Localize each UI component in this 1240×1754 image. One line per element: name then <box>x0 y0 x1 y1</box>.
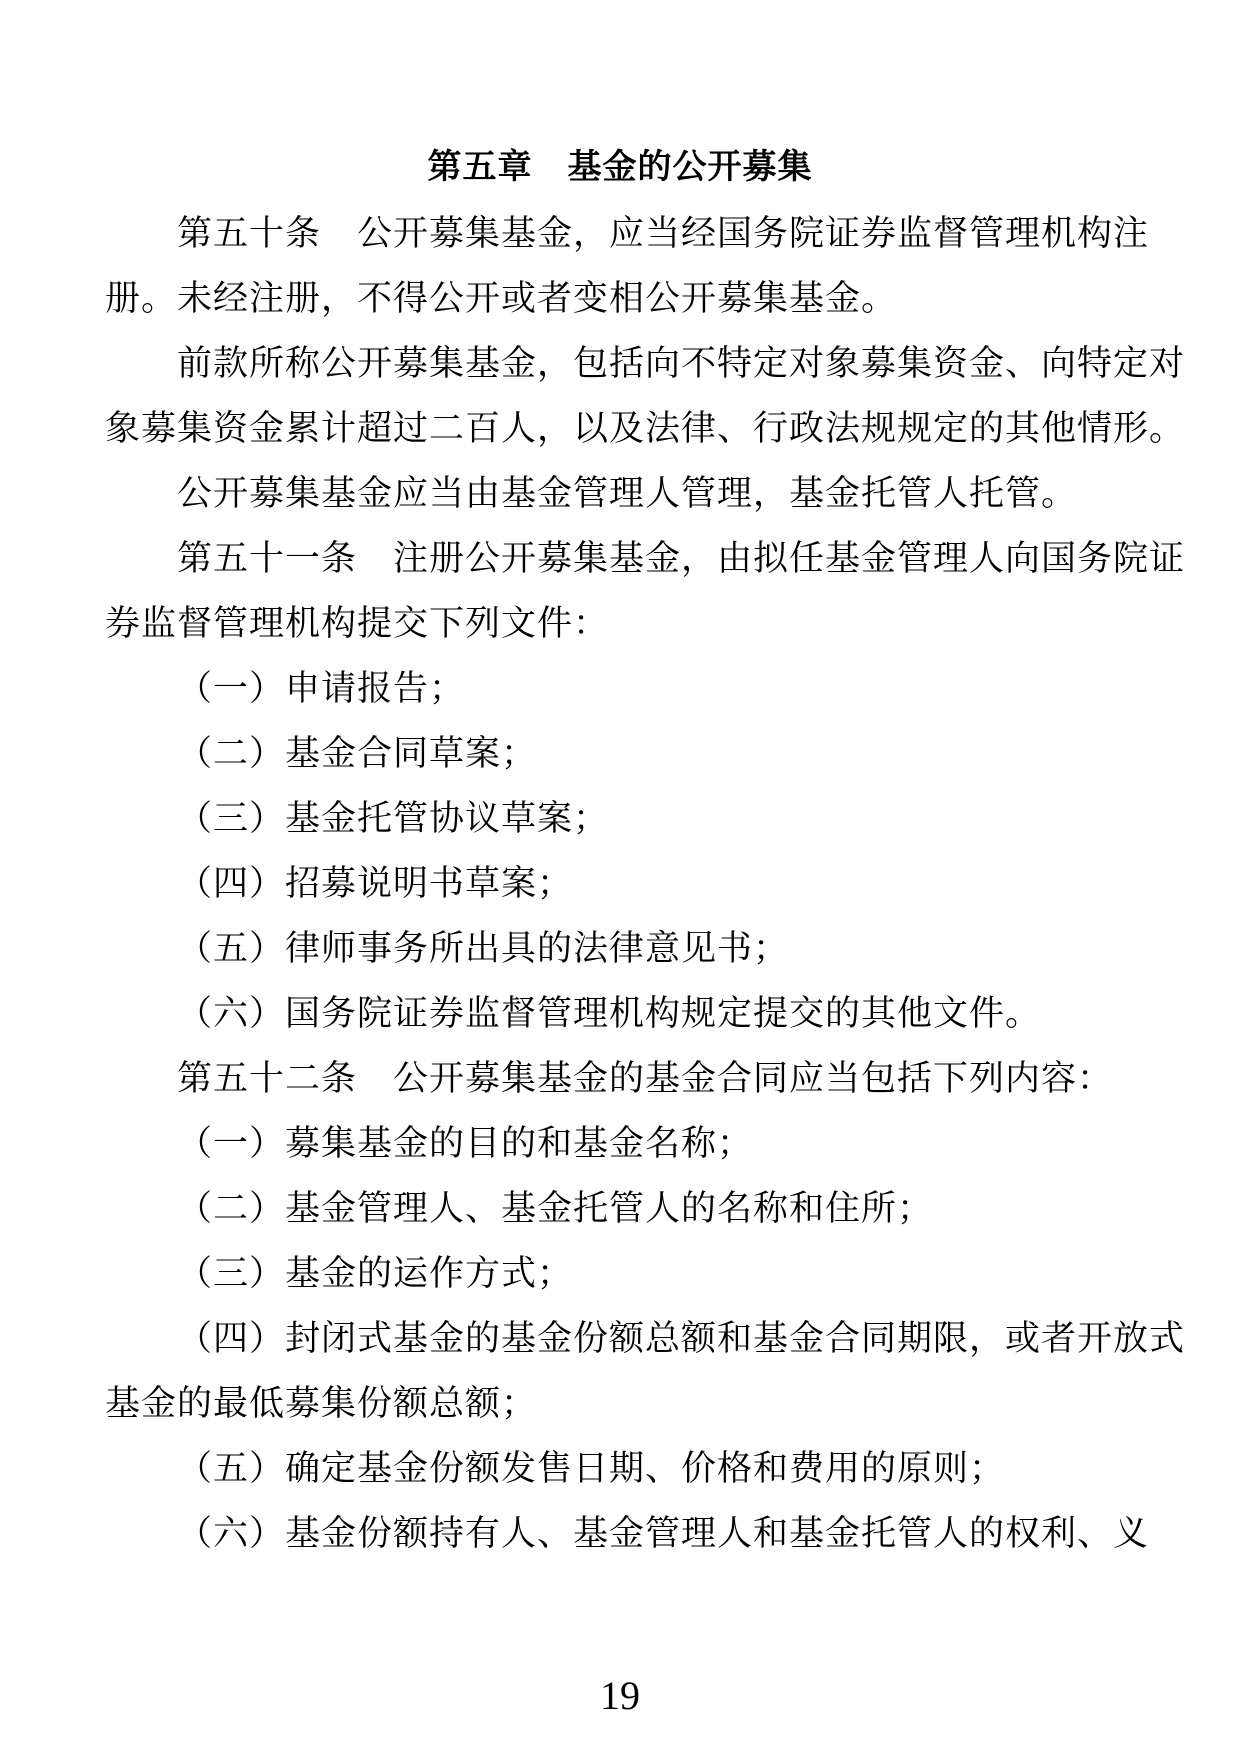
text-line: （六）国务院证券监督管理机构规定提交的其他文件。 <box>105 981 1165 1046</box>
text-line: 第五十条 公开募集基金，应当经国务院证券监督管理机构注 <box>105 201 1165 266</box>
text-line: 册。未经注册，不得公开或者变相公开募集基金。 <box>105 266 1165 331</box>
document-body: 第五十条 公开募集基金，应当经国务院证券监督管理机构注册。未经注册，不得公开或者… <box>105 201 1165 1566</box>
text-line: （四）封闭式基金的基金份额总额和基金合同期限，或者开放式 <box>105 1306 1165 1371</box>
text-line: （五）律师事务所出具的法律意见书； <box>105 916 1165 981</box>
text-line: 象募集资金累计超过二百人，以及法律、行政法规规定的其他情形。 <box>105 396 1165 461</box>
text-line: （六）基金份额持有人、基金管理人和基金托管人的权利、义 <box>105 1501 1165 1566</box>
text-line: 前款所称公开募集基金，包括向不特定对象募集资金、向特定对 <box>105 331 1165 396</box>
page-number: 19 <box>0 1671 1240 1721</box>
text-line: 第五十一条 注册公开募集基金，由拟任基金管理人向国务院证 <box>105 526 1165 591</box>
document-page: 第五章 基金的公开募集 第五十条 公开募集基金，应当经国务院证券监督管理机构注册… <box>0 0 1240 1754</box>
chapter-title: 第五章 基金的公开募集 <box>0 142 1240 192</box>
text-line: （三）基金的运作方式； <box>105 1241 1165 1306</box>
text-line: （三）基金托管协议草案； <box>105 786 1165 851</box>
text-line: （五）确定基金份额发售日期、价格和费用的原则； <box>105 1436 1165 1501</box>
text-line: （一）申请报告； <box>105 656 1165 721</box>
text-line: 券监督管理机构提交下列文件： <box>105 591 1165 656</box>
text-line: （二）基金合同草案； <box>105 721 1165 786</box>
text-line: （四）招募说明书草案； <box>105 851 1165 916</box>
text-line: 第五十二条 公开募集基金的基金合同应当包括下列内容： <box>105 1046 1165 1111</box>
text-line: 公开募集基金应当由基金管理人管理，基金托管人托管。 <box>105 461 1165 526</box>
text-line: 基金的最低募集份额总额； <box>105 1371 1165 1436</box>
text-line: （二）基金管理人、基金托管人的名称和住所； <box>105 1176 1165 1241</box>
text-line: （一）募集基金的目的和基金名称； <box>105 1111 1165 1176</box>
